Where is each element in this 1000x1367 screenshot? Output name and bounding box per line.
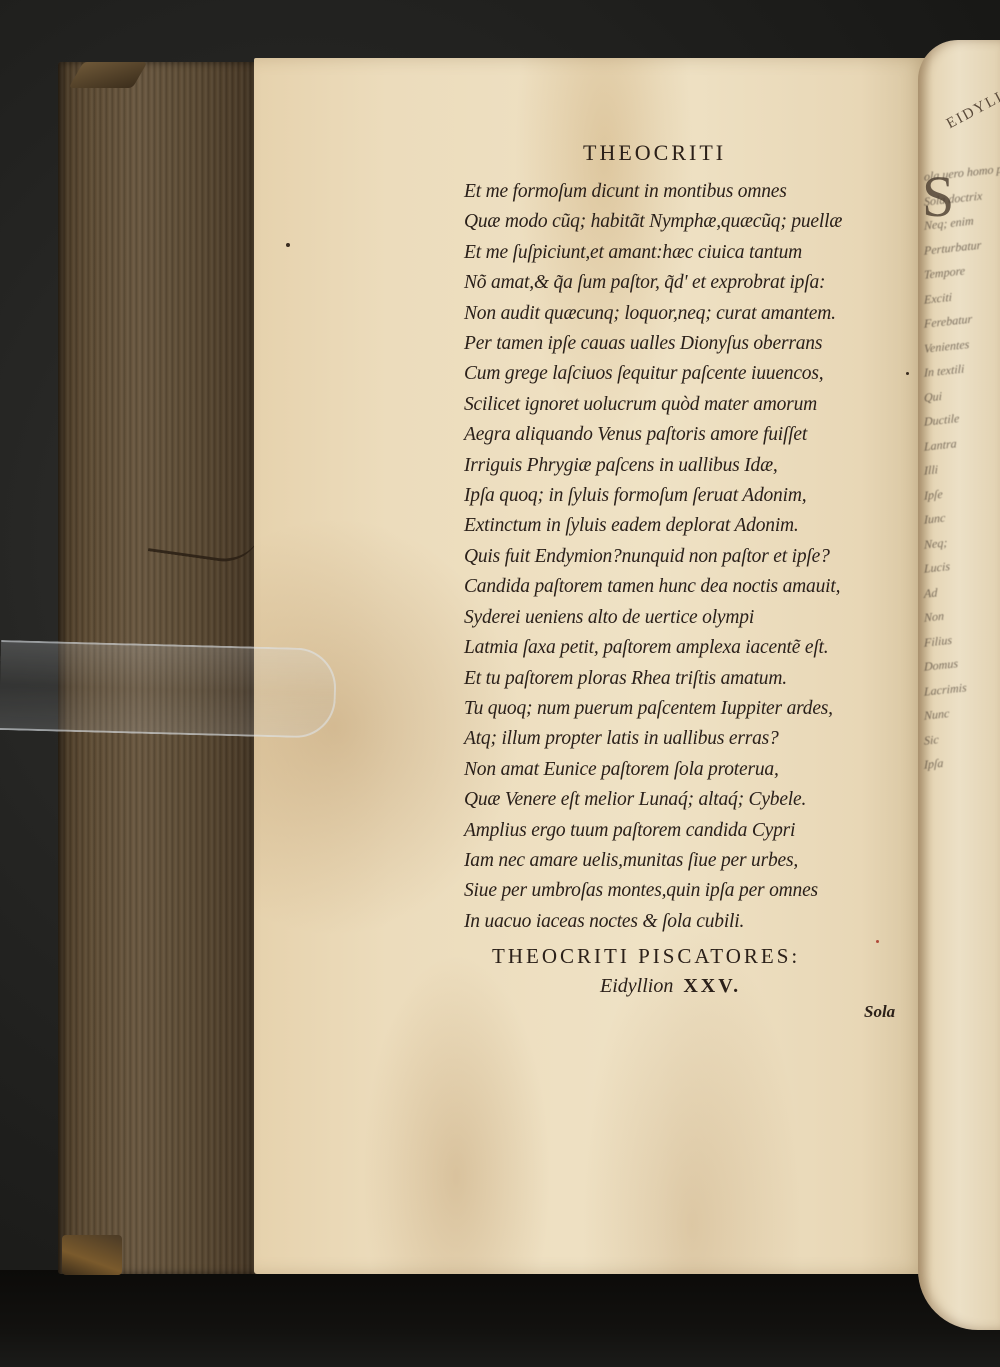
verse-line: In uacuo iaceas noctes & ſola cubili. bbox=[464, 907, 904, 937]
catchword: Sola bbox=[864, 1002, 895, 1022]
recto-page: EIDYLLION S ola uero homo pauperSola doc… bbox=[918, 40, 1000, 1330]
verse-line: Aegra aliquando Venus paſtoris amore fui… bbox=[464, 420, 904, 450]
verse-line: Non amat Eunice paſtorem ſola proterua, bbox=[464, 755, 904, 785]
verse-line: Syderei ueniens alto de uertice olympi bbox=[464, 603, 904, 633]
ink-speck bbox=[906, 372, 909, 375]
verse-line: Et me formoſum dicunt in montibus omnes bbox=[464, 177, 904, 207]
ink-speck bbox=[286, 243, 290, 247]
section-subtitle-word: Eidyllion bbox=[600, 975, 673, 997]
recto-text-block: ola uero homo pauperSola doctrixNeq; eni… bbox=[924, 160, 1000, 773]
verse-line: Quæ modo cũq; habitãt Nymphæ,quæcũq; pue… bbox=[464, 207, 904, 237]
verse-line: Siue per umbroſas montes,quin ipſa per o… bbox=[464, 876, 904, 906]
verse-line: Quis fuit Endymion?nunquid non paſtor et… bbox=[464, 542, 904, 572]
section-subtitle: EidyllionXXV. bbox=[600, 975, 741, 998]
section-subtitle-number: XXV. bbox=[683, 975, 741, 997]
dark-backdrop bbox=[0, 1270, 1000, 1367]
verse-line: Tu quoq; num puerum paſcentem Iuppiter a… bbox=[464, 694, 904, 724]
verse-line: Nõ amat,& q̃a ſum paſtor, q̃d' et exprob… bbox=[464, 268, 904, 298]
verse-line: Candida paſtorem tamen hunc dea noctis a… bbox=[464, 572, 904, 602]
verse-line: Iam nec amare uelis,munitas ſiue per urb… bbox=[464, 846, 904, 876]
verse-line: Scilicet ignoret uolucrum quòd mater amo… bbox=[464, 390, 904, 420]
cover-corner-bottom bbox=[62, 1235, 122, 1275]
clear-bookmark[interactable] bbox=[0, 640, 337, 739]
verse-text-block: Et me formoſum dicunt in montibus omnesQ… bbox=[464, 177, 904, 937]
verse-line: Et tu paſtorem ploras Rhea triſtis amatu… bbox=[464, 664, 904, 694]
section-title: THEOCRITI PISCATORES: bbox=[492, 944, 800, 969]
verse-line: Extinctum in ſyluis eadem deplorat Adoni… bbox=[464, 511, 904, 541]
verse-line: Irriguis Phrygiæ paſcens in uallibus Idæ… bbox=[464, 451, 904, 481]
red-speck bbox=[876, 940, 879, 943]
verse-line: Ipſa quoq; in ſyluis formoſum ſeruat Ado… bbox=[464, 481, 904, 511]
verse-line: Et me ſuſpiciunt,et amant:hæc ciuica tan… bbox=[464, 238, 904, 268]
verse-line: Latmia ſaxa petit, paſtorem amplexa iace… bbox=[464, 633, 904, 663]
running-head: THEOCRITI bbox=[583, 140, 726, 166]
verse-line: Atq; illum propter latis in uallibus err… bbox=[464, 724, 904, 754]
verse-line: Per tamen ipſe cauas ualles Dionyſus obe… bbox=[464, 329, 904, 359]
verse-line: Amplius ergo tuum paſtorem candida Cypri bbox=[464, 816, 904, 846]
verse-line: Quæ Venere eſt melior Lunaq́; altaq́; Cy… bbox=[464, 785, 904, 815]
verse-line: Non audit quæcunq; loquor,neq; curat ama… bbox=[464, 299, 904, 329]
recto-running-head: EIDYLLION bbox=[944, 72, 1000, 133]
verse-line: Cum grege laſciuos ſequitur paſcente iuu… bbox=[464, 359, 904, 389]
